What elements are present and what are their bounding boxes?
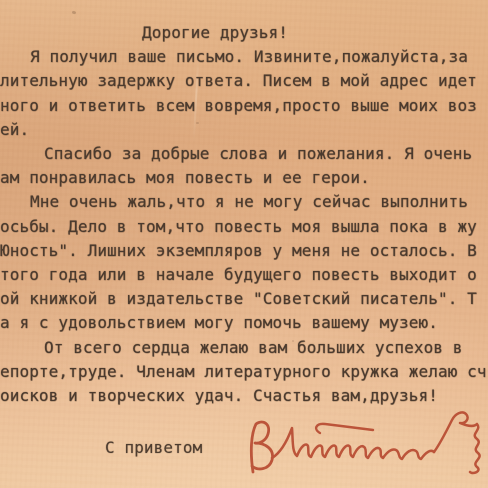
letter-line: того года или в начале будущего повесть … <box>0 266 477 283</box>
letter-line: ного и ответить всем вовремя,просто выше… <box>0 97 477 114</box>
letter-line: лительную задержку ответа. Писем в мой а… <box>0 72 477 89</box>
letter-closing: С приветом <box>105 438 202 457</box>
letter-line: епорте,труде. Членам литературного кружк… <box>0 363 487 380</box>
letter-line: От всего сердца желаю вам больших успехо… <box>44 339 463 356</box>
letter-line: оисков и творческих удач. Счастья вам,др… <box>0 387 438 404</box>
paper-stain <box>72 10 77 14</box>
letter-line: ой книжкой в издательстве "Советский пис… <box>0 290 477 307</box>
letter-line: ам понравилась моя повесть и ее герои. <box>0 169 370 186</box>
letter-page: Дорогие друзья!Я получил ваше письмо. Из… <box>0 0 488 488</box>
letter-line: Юность". Лишних экземпляров у меня не ос… <box>0 242 477 259</box>
letter-line: а я с удовольствием могу помочь вашему м… <box>0 314 438 331</box>
paper-stain <box>196 122 199 124</box>
letter-line: ей. <box>0 121 29 138</box>
letter-line: Спасибо за добрые слова и пожелания. Я о… <box>44 145 472 162</box>
letter-line: Мне очень жаль,что я не могу сейчас выпо… <box>30 193 468 210</box>
letter-line: Я получил ваше письмо. Извините,пожалуйс… <box>30 48 468 65</box>
letter-salutation: Дорогие друзья! <box>142 24 288 41</box>
letter-line: осьбы. Дело в том,что повесть моя вышла … <box>0 218 477 235</box>
signature-ink-strokes <box>251 412 479 473</box>
